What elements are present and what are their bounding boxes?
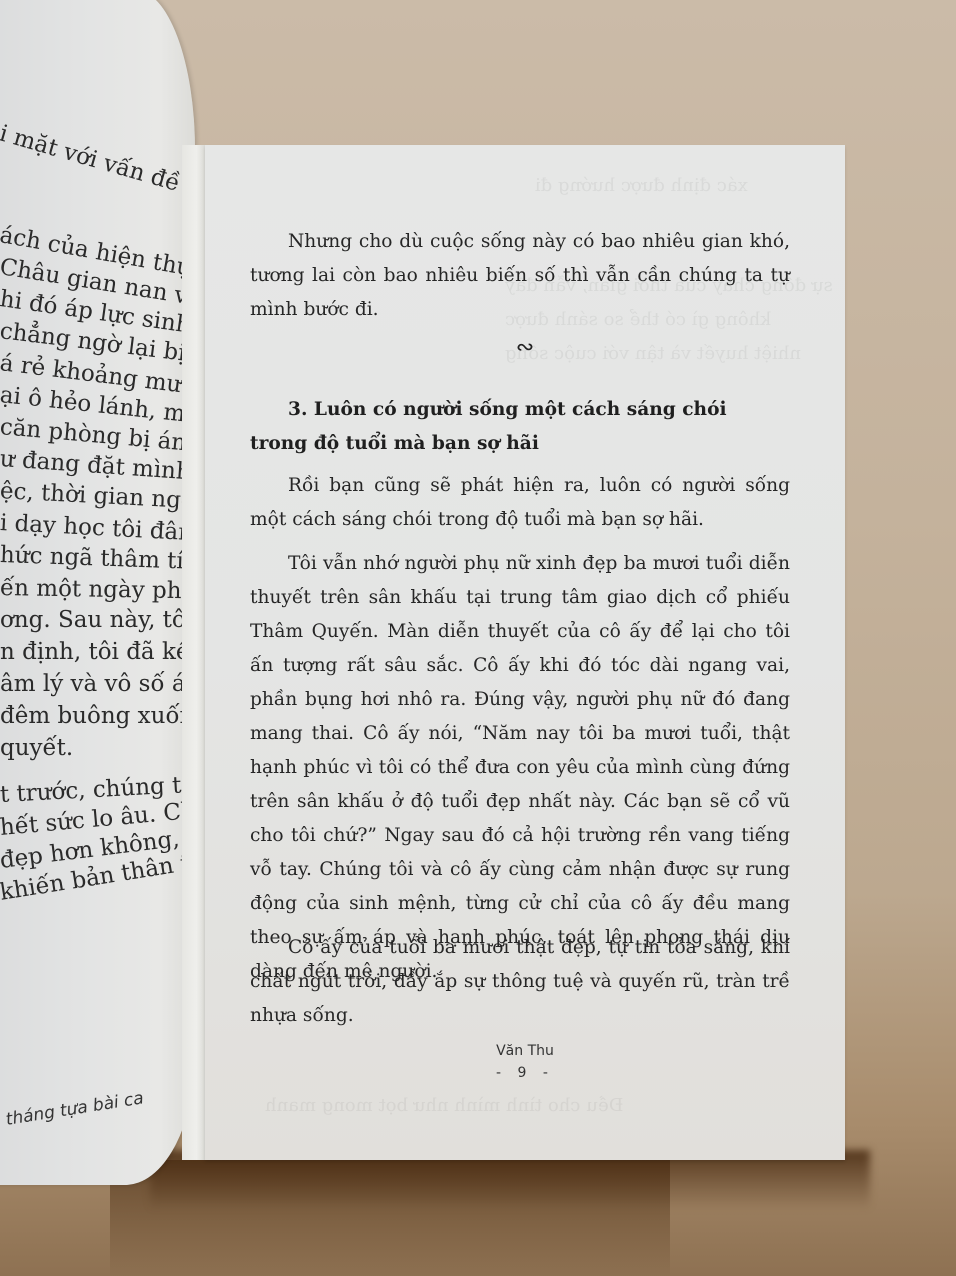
book-gutter [182, 145, 206, 1160]
left-page: i mặt với vấn đề đi theoách của hiện thự… [0, 0, 195, 1185]
page-number: - 9 - [205, 1065, 845, 1081]
paragraph: Rồi bạn cũng sẽ phát hiện ra, luôn có ng… [250, 469, 790, 537]
left-page-text-line: ơng. Sau này, tôi cũng [0, 607, 195, 633]
left-page-text-line: đêm buông xuống, rất [0, 703, 195, 729]
bleed-through-text: xác định được hướng đi [535, 175, 748, 196]
left-page-text-line: hức ngã thâm tím đầu [0, 542, 195, 577]
left-page-text-line: n định, tôi đã kết hôn, [0, 639, 195, 665]
left-page-text-line: i mặt với vấn đề đi theo [0, 121, 195, 222]
paragraph-text: Cô ấy của tuổi ba mươi thật đẹp, tự tin … [250, 931, 790, 1033]
left-page-text-line: âm lý và vô số áp lực [0, 671, 195, 697]
paragraph: Nhưng cho dù cuộc sống này có bao nhiêu … [250, 225, 790, 327]
left-page-footer: tháng tựa bài ca [4, 1088, 145, 1130]
section-heading-block: 3. Luôn có người sống một cách sáng chói… [250, 393, 790, 461]
page-footer-author: Văn Thu [205, 1043, 845, 1059]
section-divider-ornament-icon: ∾ [205, 335, 845, 360]
right-page: xác định được hướng đi sự đồng chảy của … [205, 145, 845, 1160]
left-page-text-line: ến một ngày phép tôi [0, 575, 195, 605]
section-heading: 3. Luôn có người sống một cách sáng chói… [250, 393, 790, 461]
paragraph: Tôi vẫn nhớ người phụ nữ xinh đẹp ba mươ… [250, 547, 790, 989]
paragraph-text: Rồi bạn cũng sẽ phát hiện ra, luôn có ng… [250, 469, 790, 537]
left-page-text-line: quyết. [0, 735, 73, 761]
paragraph-text: Nhưng cho dù cuộc sống này có bao nhiêu … [250, 225, 790, 327]
paragraph: Cô ấy của tuổi ba mươi thật đẹp, tự tin … [250, 931, 790, 1033]
bleed-through-text: Đều cho tình mình như bọt mong manh [265, 1095, 623, 1116]
paragraph-text: Tôi vẫn nhớ người phụ nữ xinh đẹp ba mươ… [250, 547, 790, 989]
